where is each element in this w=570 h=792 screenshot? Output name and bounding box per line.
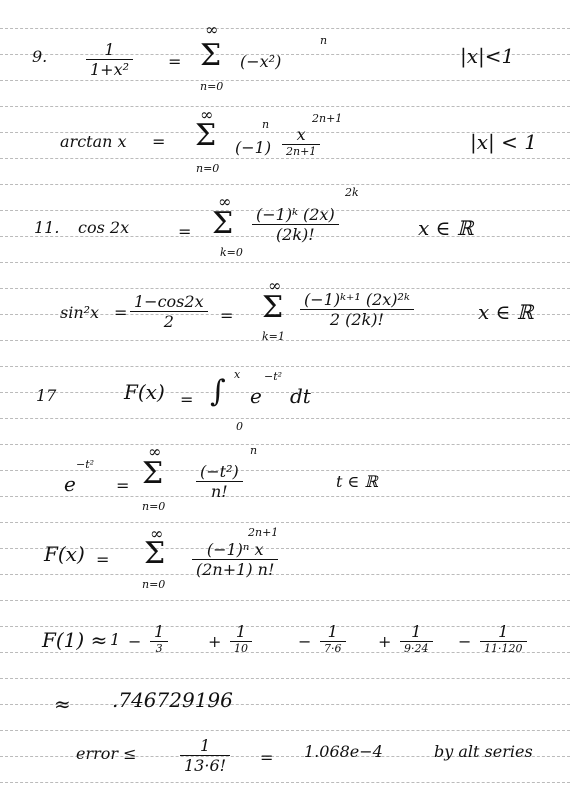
- lhs: F(1) ≈: [42, 628, 107, 652]
- sum-lower: n=0: [196, 162, 219, 175]
- upper-limit: x: [234, 368, 240, 381]
- equals: =: [178, 222, 191, 241]
- lhs: error ≤: [76, 744, 137, 763]
- sum-lower: n=0: [200, 80, 223, 93]
- differential: dt: [290, 384, 311, 408]
- exponent: n: [262, 118, 269, 131]
- series-term: 1: [110, 630, 120, 649]
- lhs: sin²x: [60, 303, 99, 322]
- lhs: arctan x: [60, 132, 127, 151]
- sum-lower: n=0: [142, 500, 165, 513]
- lhs: F(x): [124, 380, 165, 404]
- condition: |x|<1: [460, 44, 514, 68]
- exponent: 2k: [345, 186, 359, 199]
- sigma-icon: Σ: [262, 290, 283, 325]
- equals: =: [260, 748, 273, 767]
- series-term: 19·24: [400, 622, 433, 655]
- sigma-icon: Σ: [200, 38, 221, 73]
- sum-lower: n=0: [142, 578, 165, 591]
- problem-number: 9.: [32, 47, 47, 66]
- operator: +: [208, 632, 221, 651]
- fraction: 1−cos2x 2: [130, 292, 208, 331]
- lower-limit: 0: [236, 420, 243, 433]
- exponent: −t²: [76, 458, 94, 471]
- problem-number: 17: [36, 386, 56, 405]
- lhs: F(x): [44, 542, 85, 566]
- equals: =: [168, 52, 181, 71]
- operator: −: [458, 632, 471, 651]
- equals: =: [152, 132, 165, 151]
- lhs: cos 2x: [78, 218, 129, 237]
- term: (−x²): [240, 52, 281, 71]
- sigma-icon: Σ: [195, 118, 216, 153]
- exponent: −t²: [264, 370, 282, 383]
- term: (−1): [235, 138, 271, 157]
- fraction: 1 1+x²: [86, 40, 133, 79]
- approx-value: .746729196: [112, 688, 233, 712]
- equals: =: [180, 390, 193, 409]
- fraction: (−1)ᵏ (2x) (2k)!: [252, 205, 339, 244]
- operator: −: [128, 632, 141, 651]
- sigma-icon: Σ: [144, 536, 165, 571]
- fraction: (−t²) n!: [196, 462, 243, 501]
- error-value: 1.068e−4: [304, 742, 383, 761]
- equals: =: [220, 306, 233, 325]
- series-term: 17·6: [320, 622, 346, 655]
- operator: +: [378, 632, 391, 651]
- exponent: n: [320, 34, 327, 47]
- integrand: e: [250, 384, 262, 408]
- exponent: 2n+1: [248, 526, 278, 539]
- fraction: 1 13·6!: [180, 736, 230, 775]
- exponent: 2n+1: [312, 112, 342, 125]
- condition: |x| < 1: [470, 130, 537, 154]
- lhs: e: [64, 472, 76, 496]
- operator: −: [298, 632, 311, 651]
- fraction: (−1)ᵏ⁺¹ (2x)²ᵏ 2 (2k)!: [300, 290, 414, 329]
- fraction: (−1)ⁿ x (2n+1) n!: [192, 540, 278, 579]
- series-term: 13: [150, 622, 168, 655]
- condition: t ∈ ℝ: [336, 472, 378, 491]
- equals: =: [96, 550, 109, 569]
- problem-number: 11.: [34, 218, 59, 237]
- sum-lower: k=1: [262, 330, 285, 343]
- sum-upper: ∞: [205, 20, 218, 39]
- fraction: x 2n+1: [282, 125, 320, 158]
- condition: x ∈ ℝ: [478, 300, 533, 324]
- sum-lower: k=0: [220, 246, 243, 259]
- sigma-icon: Σ: [142, 456, 163, 491]
- exponent: n: [250, 444, 257, 457]
- equals: =: [114, 303, 127, 322]
- note: by alt series: [434, 742, 533, 761]
- series-term: 110: [230, 622, 252, 655]
- condition: x ∈ ℝ: [418, 216, 473, 240]
- approx-sign: ≈: [54, 692, 71, 716]
- sigma-icon: Σ: [212, 206, 233, 241]
- series-term: 111·120: [480, 622, 527, 655]
- integral-icon: ∫: [210, 374, 226, 409]
- equals: =: [116, 476, 129, 495]
